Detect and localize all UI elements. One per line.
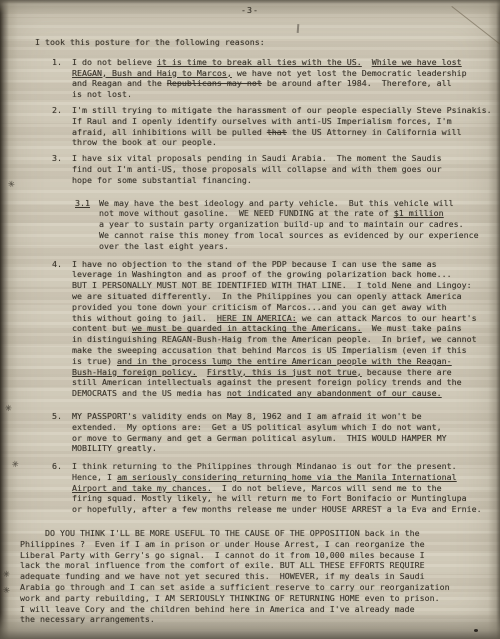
item-number-1: 1.: [52, 57, 72, 100]
item-text-6: I think returning to the Philippines thr…: [72, 461, 492, 515]
margin-star-icon: ✳: [7, 178, 16, 190]
list-item-1: 1. I do not believe it is time to break …: [52, 57, 492, 100]
margin-star-icon: ✳: [11, 459, 19, 471]
item-number-3: 3.: [52, 153, 72, 185]
item-number-5: 5.: [52, 411, 72, 454]
margin-star-icon: ✳: [2, 585, 10, 597]
page-number: -3-: [0, 5, 500, 16]
list-item-3-1: 3.1 We may have the best ideology and pa…: [75, 198, 492, 252]
list-item-3: 3. I have six vital proposals pending in…: [52, 153, 492, 185]
item-text-1: I do not believe it is time to break all…: [72, 57, 492, 100]
list-item-4: 4. I have no objection to the stand of t…: [52, 259, 492, 399]
item-number-6: 6.: [52, 461, 72, 515]
margin-star-icon: ✳: [3, 569, 10, 580]
list-item-2: 2. I'm still trying to mitigate the hara…: [52, 105, 492, 148]
item-text-5: MY PASSPORT's validity ends on May 8, 19…: [72, 411, 492, 454]
margin-star-icon: ✳: [5, 403, 12, 414]
item-text-3: I have six vital proposals pending in Sa…: [72, 153, 492, 185]
item-number-2: 2.: [52, 105, 72, 148]
list-item-6: 6. I think returning to the Philippines …: [52, 461, 492, 515]
scanned-document-page: -3- I took this posture for the followin…: [0, 0, 500, 639]
item-text-3-1: We may have the best ideology and party …: [99, 198, 492, 252]
scan-speck: [474, 629, 478, 632]
item-number-4: 4.: [52, 259, 72, 399]
closing-paragraph: DO YOU THINK I'LL BE MORE USEFUL TO THE …: [20, 528, 488, 625]
item-text-2: I'm still trying to mitigate the harassm…: [72, 105, 492, 148]
list-item-5: 5. MY PASSPORT's validity ends on May 8,…: [52, 411, 492, 454]
item-text-4: I have no objection to the stand of the …: [72, 259, 492, 399]
item-number-3-1: 3.1: [75, 198, 99, 252]
